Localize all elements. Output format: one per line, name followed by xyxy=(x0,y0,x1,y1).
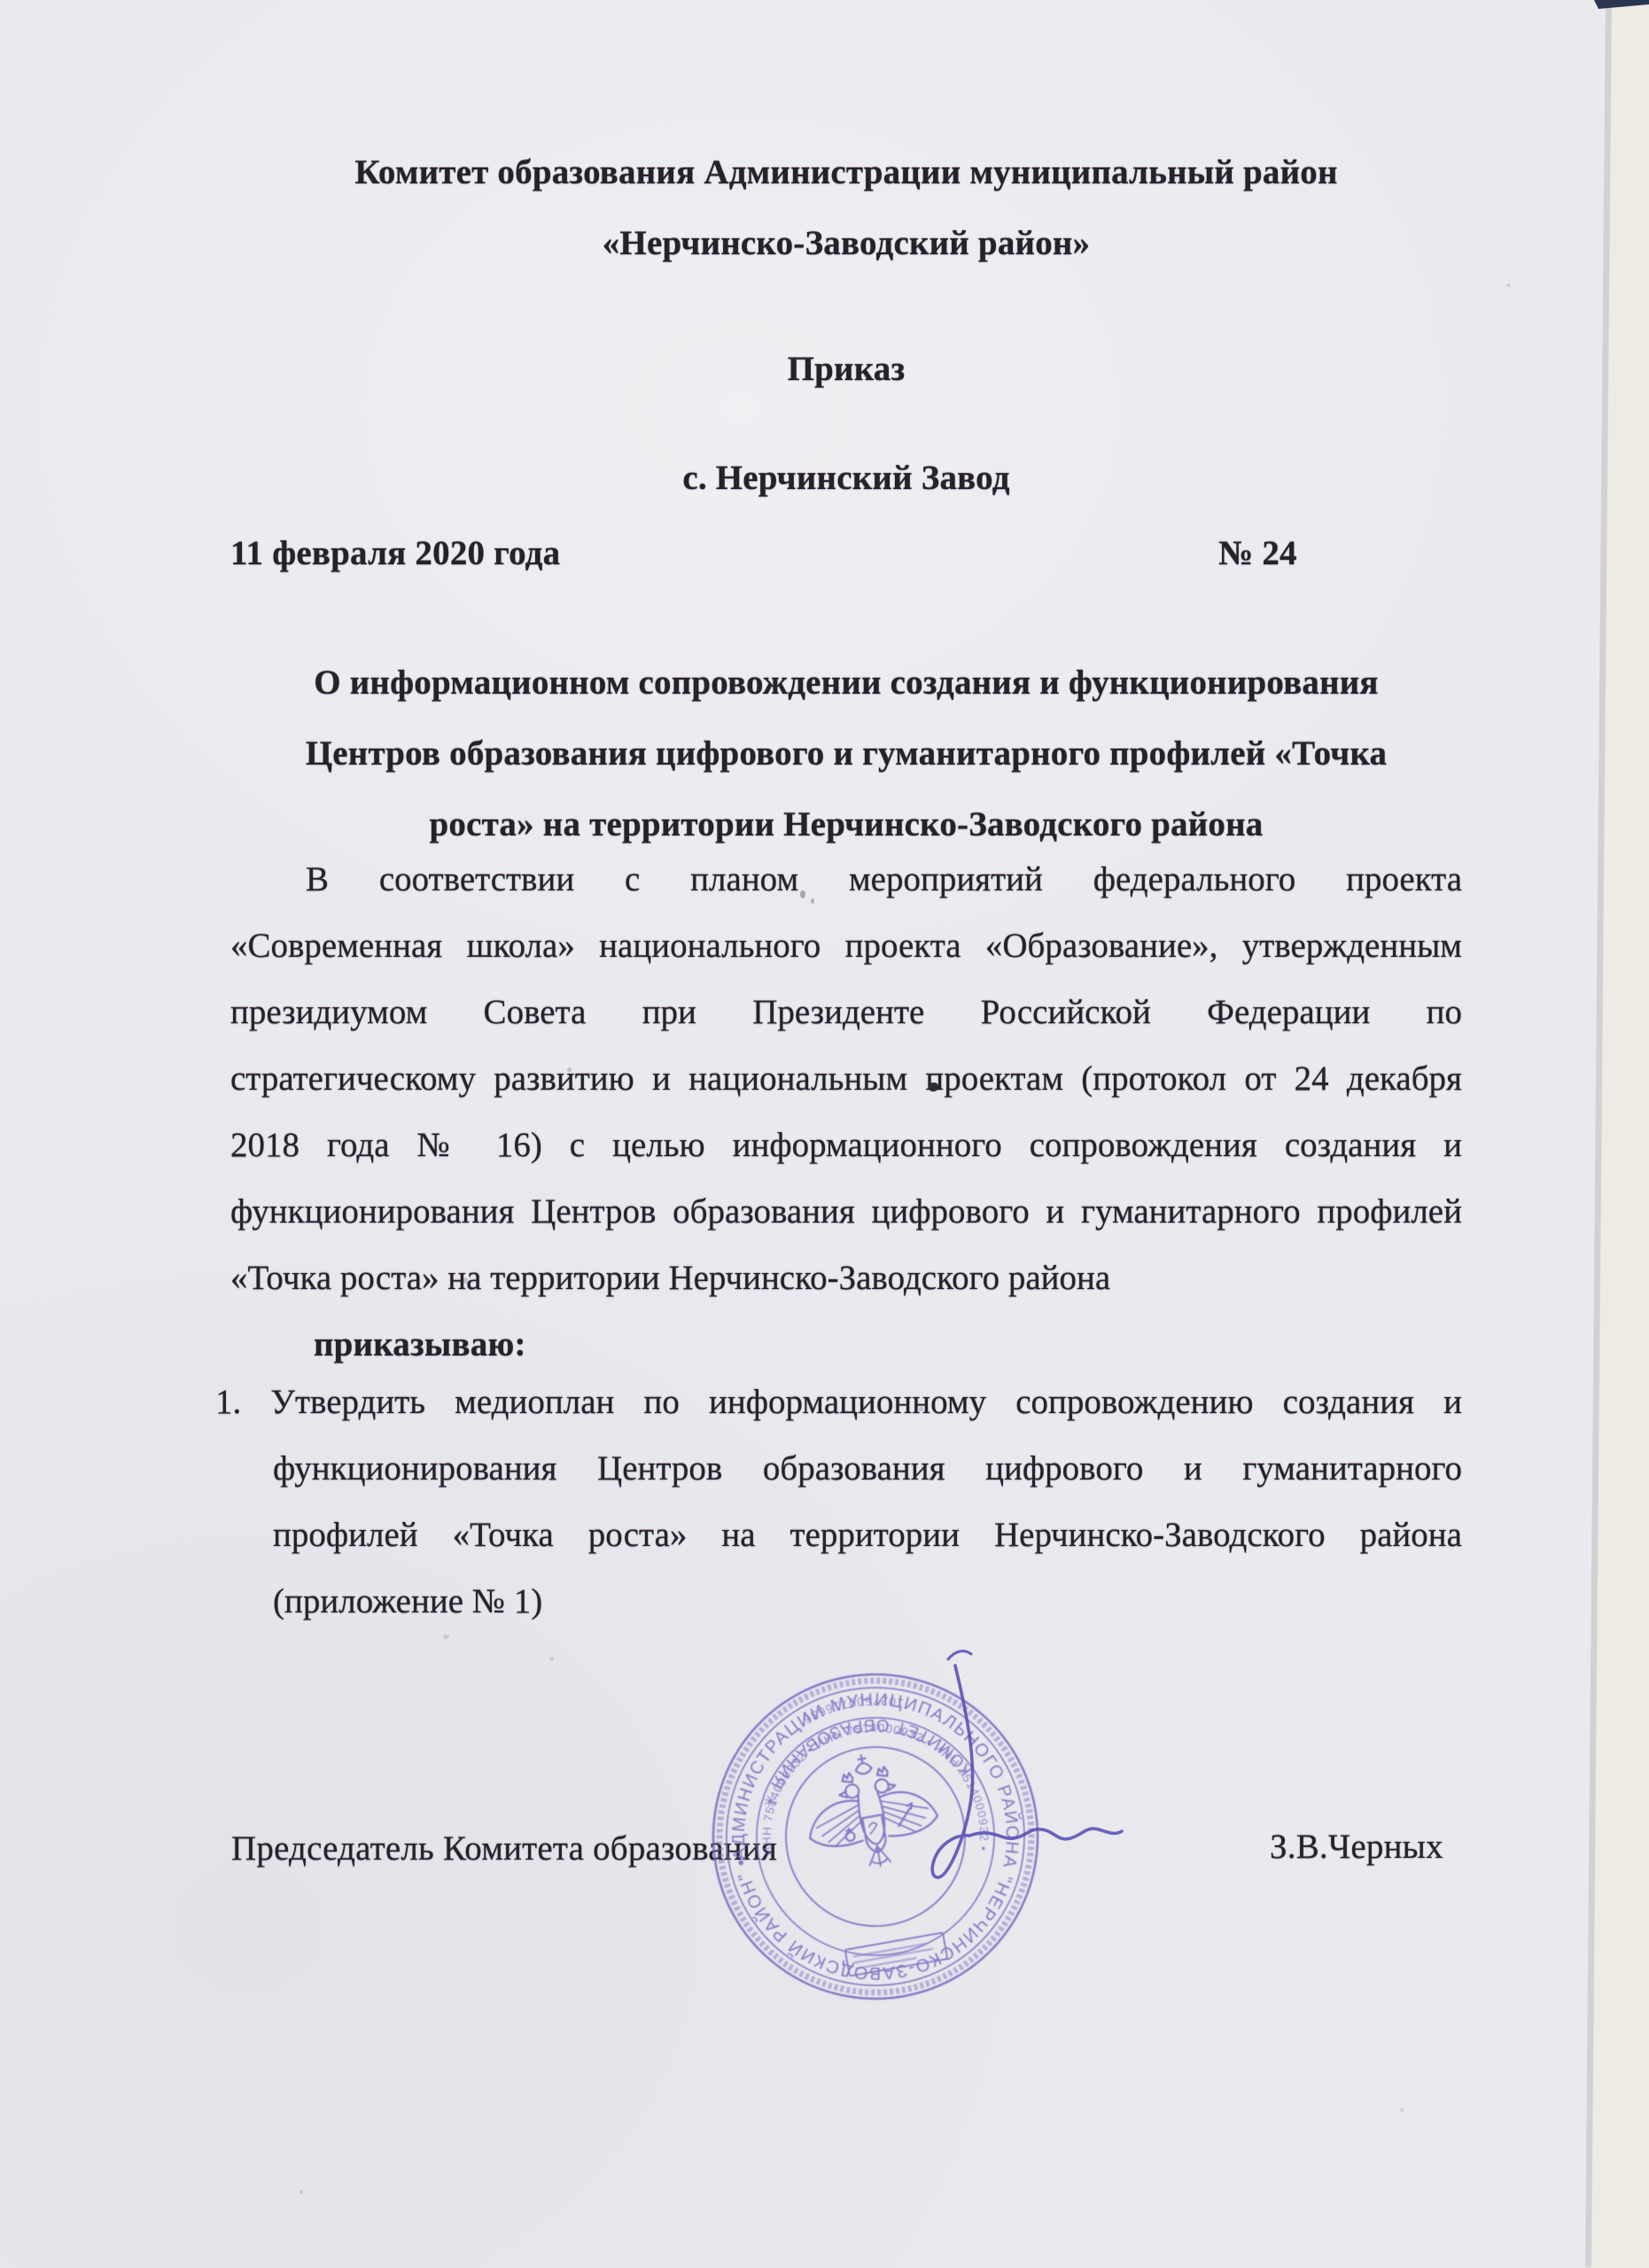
doc-place: с. Нерчинский Завод xyxy=(230,456,1462,501)
item1-line: функционирования Центров образования циф… xyxy=(273,1447,1462,1491)
body-line: В соответствии с планом мероприятий феде… xyxy=(306,858,1462,902)
item1-line: 1. Утвердить медиоплан по информационном… xyxy=(215,1380,1462,1425)
scan-speck xyxy=(919,1407,923,1411)
body-line: функционирования Центров образования циф… xyxy=(230,1190,1462,1234)
scan-speck xyxy=(549,1657,554,1661)
doc-date: 11 февраля 2020 года xyxy=(230,532,560,576)
signer-name: З.В.Черных xyxy=(1270,1825,1443,1869)
doc-number: № 24 xyxy=(1218,532,1297,576)
body-line: 2018 года № 16) с целью информационного … xyxy=(230,1123,1462,1168)
toner-dot-artifact xyxy=(929,1083,938,1091)
scan-speck xyxy=(443,1635,449,1639)
org-name-line2: «Нерчинско-Заводский район» xyxy=(230,221,1462,266)
subject-line1: О информационном сопровождении создания … xyxy=(230,661,1462,705)
scan-speck xyxy=(811,898,814,904)
scan-speck xyxy=(1400,2109,1404,2112)
body-line: президиумом Совета при Президенте Россий… xyxy=(230,990,1462,1035)
subject-line2: Центров образования цифрового и гуманита… xyxy=(230,732,1462,776)
handwritten-signature xyxy=(913,1643,1143,1900)
scan-speck xyxy=(567,1068,572,1072)
org-name-line1: Комитет образования Администрации муници… xyxy=(230,151,1462,195)
item1-line: (приложение № 1) xyxy=(273,1580,1462,1624)
body-line: «Точка роста» на территории Нерчинско-За… xyxy=(230,1256,1462,1301)
subject-line3: роста» на территории Нерчинско-Заводског… xyxy=(230,803,1462,847)
doc-type-title: Приказ xyxy=(230,347,1462,392)
signature-ink-graphic xyxy=(913,1643,1143,1900)
scan-speck xyxy=(800,890,805,898)
scan-speck xyxy=(463,1278,468,1284)
body-line: «Современная школа» национального проект… xyxy=(230,924,1462,968)
scan-speck xyxy=(1506,283,1511,287)
body-line: стратегическому развитию и национальным … xyxy=(230,1057,1462,1101)
scanned-order-page: Комитет образования Администрации муници… xyxy=(0,0,1649,2268)
scan-speck xyxy=(299,2190,303,2194)
order-word: приказываю: xyxy=(314,1323,526,1367)
item1-line: профилей «Точка роста» на территории Нер… xyxy=(273,1513,1462,1557)
